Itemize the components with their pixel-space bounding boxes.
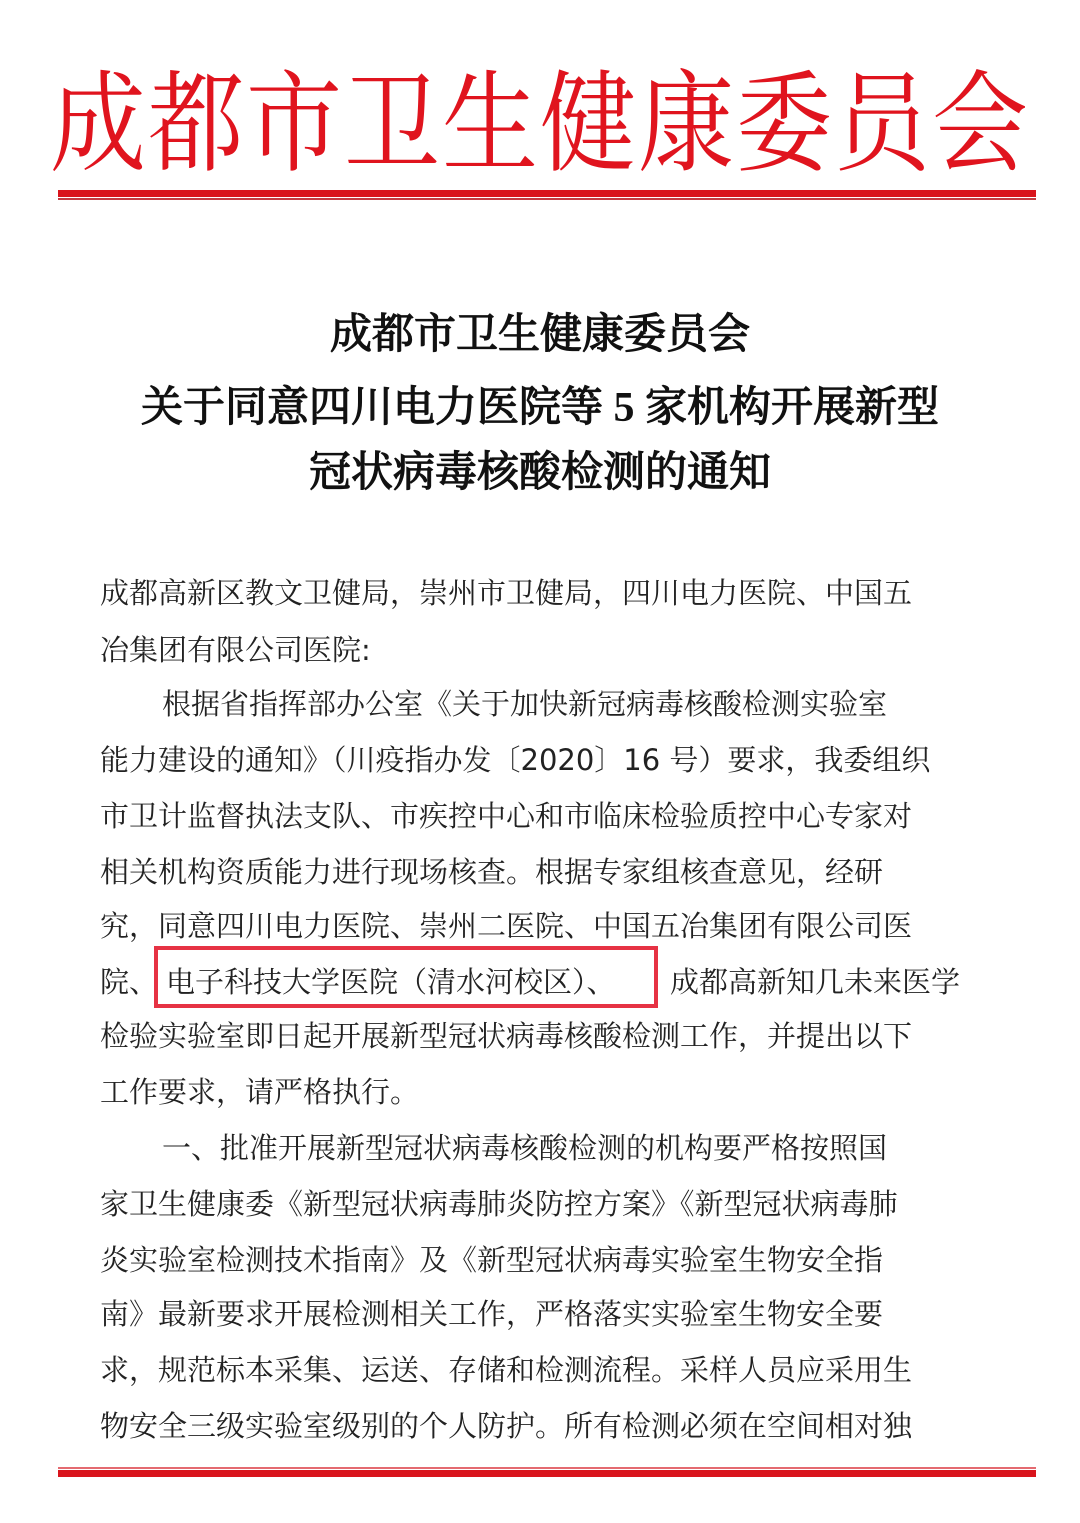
body-line: 冶集团有限公司医院:	[100, 630, 371, 670]
body-line: 成都高新知几未来医学	[670, 962, 960, 1002]
footer-rule-thin	[58, 1467, 1036, 1469]
body-line: 根据省指挥部办公室《关于加快新冠病毒核酸检测实验室	[162, 684, 887, 724]
body-line: 能力建设的通知》（川疫指办发〔2020〕16 号）要求，我委组织	[100, 740, 930, 780]
body-line: 南》最新要求开展检测相关工作，严格落实实验室生物安全要	[100, 1294, 883, 1334]
body-line: 物安全三级实验室级别的个人防护。所有检测必须在空间相对独	[100, 1406, 912, 1446]
body-line: 一、批准开展新型冠状病毒核酸检测的机构要严格按照国	[162, 1128, 887, 1168]
body-line: 工作要求，请严格执行。	[100, 1072, 419, 1112]
body-line: 检验实验室即日起开展新型冠状病毒核酸检测工作，并提出以下	[100, 1016, 912, 1056]
document-title-line-2: 关于同意四川电力医院等 5 家机构开展新型	[0, 386, 1080, 430]
body-line: 炎实验室检测技术指南》及《新型冠状病毒实验室生物安全指	[100, 1240, 883, 1280]
body-line: 市卫计监督执法支队、市疾控中心和市临床检验质控中心专家对	[100, 796, 912, 836]
masthead: 成都市卫生健康委员会	[0, 62, 1080, 189]
footer-rule-thick	[58, 1470, 1036, 1477]
body-line: 家卫生健康委《新型冠状病毒肺炎防控方案》《新型冠状病毒肺	[100, 1184, 898, 1224]
document-title-line-3: 冠状病毒核酸检测的通知	[0, 451, 1080, 495]
masthead-rule-thin	[58, 198, 1036, 200]
body-line: 院、	[100, 962, 158, 1002]
body-line: 究，同意四川电力医院、崇州二医院、中国五冶集团有限公司医	[100, 906, 912, 946]
body-line: 成都高新区教文卫健局，崇州市卫健局，四川电力医院、中国五	[100, 573, 912, 613]
body-line: 相关机构资质能力进行现场核查。根据专家组核查意见，经研	[100, 852, 883, 892]
highlight-box	[154, 946, 658, 1008]
masthead-rule-thick	[58, 190, 1036, 197]
body-line: 求，规范标本采集、运送、存储和检测流程。采样人员应采用生	[100, 1350, 912, 1390]
document-title-line-1: 成都市卫生健康委员会	[0, 313, 1080, 357]
